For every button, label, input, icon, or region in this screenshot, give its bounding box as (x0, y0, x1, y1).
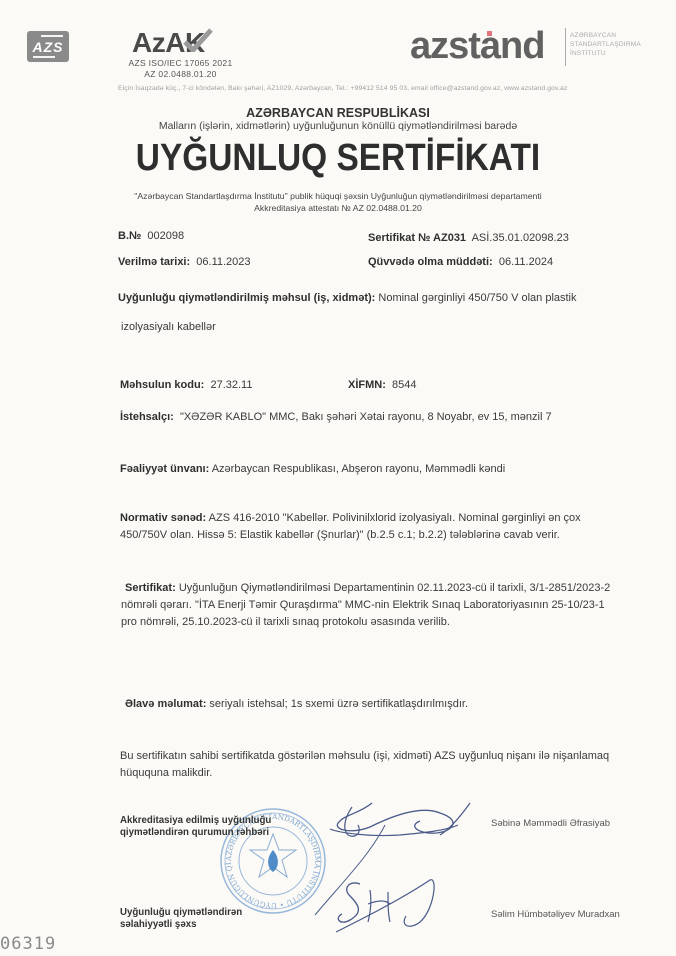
blank-number: B.№ 002098 (118, 230, 184, 242)
manufacturer: İstehsalçı: "XƏZƏR KABLO" MMC, Bakı şəhə… (120, 411, 552, 423)
validity-date: Qüvvədə olma müddəti: 06.11.2024 (368, 256, 553, 268)
azs-logo: AZS (27, 31, 69, 62)
product-field: Uyğunluğu qiymətləndirilmiş məhsul (iş, … (118, 292, 577, 304)
product-field-cont: izolyasiyalı kabellər (121, 321, 216, 333)
logo-dot (487, 31, 492, 36)
head-signature-label: Akkreditasiya edilmiş uyğunluğu qiymətlə… (120, 815, 271, 839)
additional-info: Əlavə məlumat: seriyalı istehsal; 1s sxe… (125, 698, 468, 710)
activity-address: Fəaliyyət ünvanı: Azərbaycan Respublikas… (120, 463, 505, 475)
contact-line: Elçin İsaqzadə küç., 7-ci köndələn, Bakı… (118, 85, 567, 92)
logo-divider (565, 28, 566, 66)
head-name: Səbinə Məmmədli Əfrasiyab (491, 818, 610, 829)
subtitle: Malların (işlərin, xidmətlərin) uyğunluğ… (0, 120, 676, 132)
azstand-institute-name: AZƏRBAYCAN STANDARTLAŞDIRMA İNSTİTUTU (570, 31, 641, 58)
xifmn-code: XİFMN: 8544 (348, 379, 417, 391)
republic-heading: AZƏRBAYCAN RESPUBLİKASI (0, 106, 676, 120)
accreditation-line: Akkreditasiya attestatı № AZ 02.0488.01.… (0, 203, 676, 213)
rights-statement: Bu sertifikatın sahibi sertifikatda göst… (120, 748, 665, 782)
normative-document: Normativ sənəd: AZS 416-2010 "Kabellər. … (120, 510, 660, 544)
azak-accreditation: AZS ISO/IEC 17065 2021 AZ 02.0488.01.20 (118, 58, 243, 80)
issuer-line: "Azərbaycan Standartlaşdırma İnstitutu" … (0, 191, 676, 201)
checkmark-icon (183, 28, 213, 52)
assessor-name: Səlim Hümbətəliyev Muradxan (491, 909, 620, 920)
serial-number: 06319 (0, 934, 56, 954)
assessor-signature-label: Uyğunluğu qiymətləndirən səlahiyyətli şə… (120, 907, 242, 931)
certificate-basis: Sertifikat: Uyğunluğun Qiymətləndirilməs… (125, 580, 665, 631)
certificate-title: UYĞUNLUQ SERTİFİKATI (41, 137, 636, 180)
product-code: Məhsulun kodu: 27.32.11 (120, 379, 252, 391)
azstand-logo: azstand (410, 25, 544, 68)
issue-date: Verilmə tarixi: 06.11.2023 (118, 256, 251, 268)
certificate-number: Sertifikat № AZ031 ASİ.35.01.02098.23 (368, 232, 569, 244)
signature-assessor (330, 870, 450, 940)
